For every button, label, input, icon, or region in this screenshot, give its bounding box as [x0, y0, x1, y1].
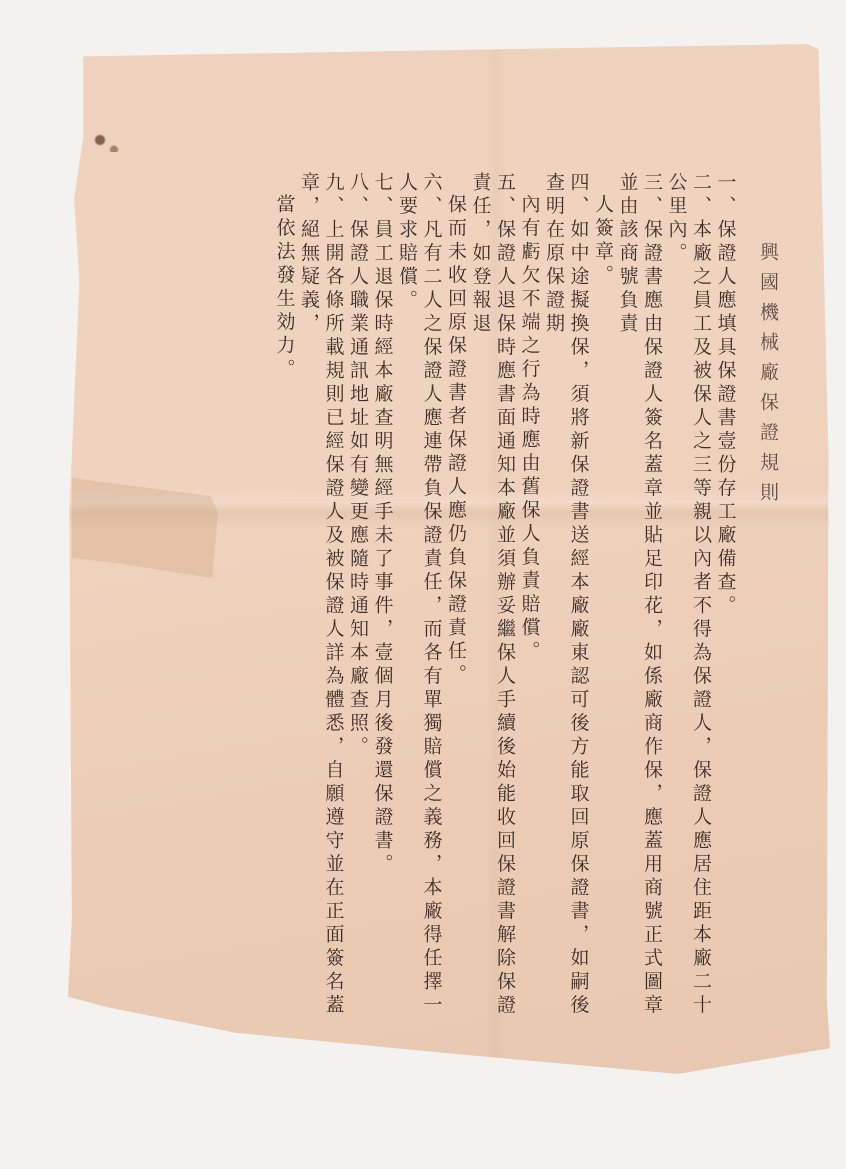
rule-line: 七、員工退保時經本廠查明無經手未了事件，壹個月後發還保證書。	[370, 172, 395, 1032]
document-title: 興國機械廠保證規則	[756, 172, 781, 1032]
rule-6: 六、凡有二人之保證人應連帶負保證責任，而各有單獨賠償之義務，本廠得任擇一人要求賠…	[395, 172, 444, 1032]
document-body: 興國機械廠保證規則 一、保證人應填具保證書壹份存工廠備查。 二、本廠之員工及被保…	[272, 172, 780, 1032]
rule-4: 四、如中途擬換保，須將新保證書送經本廠廠東認可後方能取回原保證書，如嗣後查明在原…	[517, 172, 591, 1032]
rule-1: 一、保證人應填具保證書壹份存工廠備查。	[713, 172, 738, 1032]
rule-line: 六、凡有二人之保證人應連帶負保證責任，而各有單獨賠償之義務，本廠得任擇一人要求賠…	[395, 172, 444, 1032]
rule-7: 七、員工退保時經本廠查明無經手未了事件，壹個月後發還保證書。	[370, 172, 395, 1032]
rule-line: 三、保證書應由保證人簽名蓋章並貼足印花，如係廠商作保，應蓋用商號正式圖章並由該商…	[615, 172, 664, 1032]
rule-line: 一、保證人應填具保證書壹份存工廠備查。	[713, 172, 738, 1032]
rule-9: 九、上開各條所載規則已經保證人及被保證人詳為體悉，自願遵守並在正面簽名蓋章，絕無…	[272, 172, 346, 1032]
rule-line-continued: 當依法發生効力。	[272, 172, 297, 1032]
rule-3: 三、保證書應由保證人簽名蓋章並貼足印花，如係廠商作保，應蓋用商號正式圖章並由該商…	[591, 172, 665, 1032]
rule-2: 二、本廠之員工及被保人之三等親以內者不得為保證人，保證人應居住距本廠二十公里內。	[664, 172, 713, 1032]
rule-line: 二、本廠之員工及被保人之三等親以內者不得為保證人，保證人應居住距本廠二十公里內。	[664, 172, 713, 1032]
rule-line-continued: 內有虧欠不端之行為時應由舊保人負責賠償。	[517, 172, 542, 1032]
ink-stain	[84, 128, 124, 152]
rule-line: 五、保證人退保時應書面通知本廠並須辦妥繼保人手續後始能收回保證書解除保證責任，如…	[468, 172, 517, 1032]
rule-line: 四、如中途擬換保，須將新保證書送經本廠廠東認可後方能取回原保證書，如嗣後查明在原…	[542, 172, 591, 1032]
rule-line-continued: 人簽章。	[591, 172, 616, 1032]
rule-line-continued: 保而未收回原保證書者保證人應仍負保證責任。	[444, 172, 469, 1032]
rule-5: 五、保證人退保時應書面通知本廠並須辦妥繼保人手續後始能收回保證書解除保證責任，如…	[444, 172, 518, 1032]
rule-8: 八、保證人職業通訊地址如有變更應隨時通知本廠查照。	[346, 172, 371, 1032]
rule-line: 八、保證人職業通訊地址如有變更應隨時通知本廠查照。	[346, 172, 371, 1032]
rule-line: 九、上開各條所載規則已經保證人及被保證人詳為體悉，自願遵守並在正面簽名蓋章，絕無…	[297, 172, 346, 1032]
